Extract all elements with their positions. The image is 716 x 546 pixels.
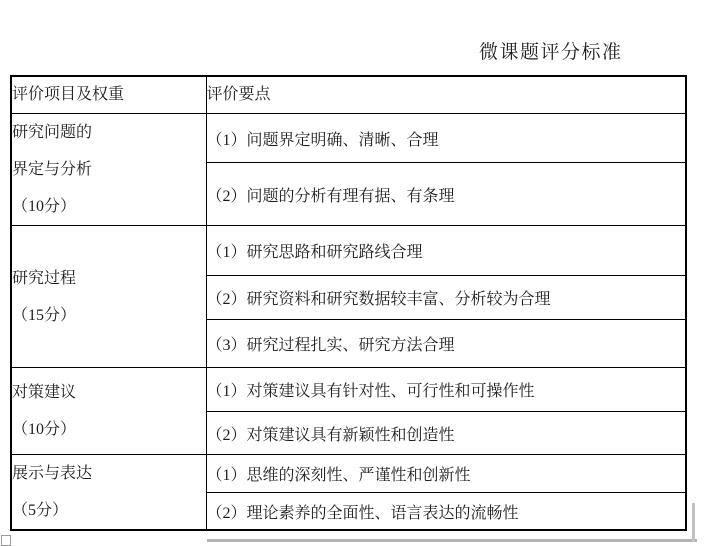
section-label-line: 对策建议: [12, 374, 206, 411]
section-label-line: （5分）: [12, 492, 206, 529]
section-label-presentation: 展示与表达 （5分）: [11, 455, 206, 531]
table-resize-handle[interactable]: [1, 535, 11, 546]
point-cell: （2）理论素养的全面性、语言表达的流畅性: [206, 493, 686, 530]
point-cell: （1）问题界定明确、清晰、合理: [206, 114, 686, 163]
section-label-research-process: 研究过程 （15分）: [11, 226, 206, 368]
point-cell: （2）研究资料和研究数据较丰富、分析较为合理: [206, 276, 686, 320]
section-label-line: 研究过程: [12, 260, 206, 297]
scoring-table: 评价项目及权重 评价要点 研究问题的 界定与分析 （10分） （1）问题界定明确…: [10, 75, 687, 531]
point-cell: （3）研究过程扎实、研究方法合理: [206, 320, 686, 368]
section-label-line: 界定与分析: [12, 151, 206, 188]
section-label-line: 研究问题的: [12, 114, 206, 151]
table-shadow-bottom: [207, 539, 697, 542]
page-title: 微课题评分标准: [479, 37, 623, 64]
section-label-line: （10分）: [12, 188, 206, 225]
point-cell: （2）对策建议具有新颖性和创造性: [206, 412, 686, 455]
point-cell: （1）思维的深刻性、严谨性和创新性: [206, 455, 686, 493]
section-label-line: 展示与表达: [12, 455, 206, 492]
point-cell: （2）问题的分析有理有据、有条理: [206, 163, 686, 226]
point-cell: （1）研究思路和研究路线合理: [206, 226, 686, 276]
header-cell-criteria: 评价项目及权重: [11, 76, 206, 114]
header-cell-points: 评价要点: [206, 76, 686, 114]
section-label-suggestions: 对策建议 （10分）: [11, 368, 206, 455]
table-shadow-right: [692, 503, 695, 542]
point-cell: （1）对策建议具有针对性、可行性和可操作性: [206, 368, 686, 412]
section-label-line: （15分）: [12, 297, 206, 334]
section-label-problem-definition: 研究问题的 界定与分析 （10分）: [11, 114, 206, 226]
section-label-line: （10分）: [12, 411, 206, 448]
